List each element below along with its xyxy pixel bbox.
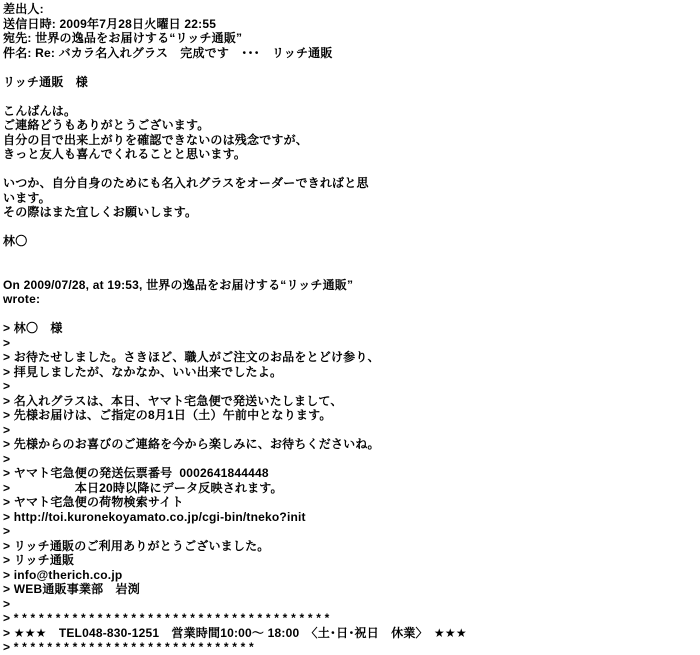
blank-line [3,249,700,264]
quoted-separator-line: > * * * * * * * * * * * * * * * * * * * … [3,611,700,626]
quoted-line: > 林〇 様 [3,321,700,336]
body-line: その際はまた宜しくお願いします。 [3,205,700,220]
quoted-line: > 拝見しましたが、なかなか、いい出来でしたよ。 [3,365,700,380]
header-sent-date-line: 送信日時: 2009年7月28日火曜日 22:55 [3,17,700,32]
greeting-recipient-line: リッチ通販 様 [3,75,700,90]
quoted-blank-line: > [3,452,700,467]
quote-attribution-line: wrote: [3,292,700,307]
quoted-department-line: > WEB通販事業部 岩渕 [3,582,700,597]
blank-line [3,263,700,278]
quoted-separator-line: > * * * * * * * * * * * * * * * * * * * … [3,640,700,655]
quoted-email-address-line: > info@therich.co.jp [3,568,700,583]
body-line: 自分の目で出来上がりを確認できないのは残念ですが、 [3,133,700,148]
quoted-tel-hours-line: > ★★★ TEL048-830-1251 営業時間10:00～ 18:00 〈… [3,626,700,641]
header-from-line: 差出人: [3,2,700,17]
quoted-line: > リッチ通販のご利用ありがとうございました。 [3,539,700,554]
quoted-line: > 名入れグラスは、本日、ヤマト宅急便で発送いたしまして、 [3,394,700,409]
blank-line [3,60,700,75]
blank-line [3,220,700,235]
header-subject-line: 件名: Re: バカラ名入れグラス 完成です ･･･ リッチ通販 [3,46,700,61]
quote-attribution-line: On 2009/07/28, at 19:53, 世界の逸品をお届けする“リッチ… [3,278,700,293]
quoted-blank-line: > [3,423,700,438]
quoted-line: > 本日20時以降にデータ反映されます。 [3,481,700,496]
email-message: 差出人: 送信日時: 2009年7月28日火曜日 22:55 宛先: 世界の逸品… [0,0,700,655]
blank-line [3,89,700,104]
quoted-shop-name-line: > リッチ通販 [3,553,700,568]
header-to-line: 宛先: 世界の逸品をお届けする“リッチ通販” [3,31,700,46]
body-line: いつか、自分自身のためにも名入れグラスをオーダーできればと思 [3,176,700,191]
blank-line [3,162,700,177]
body-line: こんばんは。 [3,104,700,119]
quoted-line: > 先様からのお喜びのご連絡を今から楽しみに、お待ちくださいね。 [3,437,700,452]
quoted-blank-line: > [3,336,700,351]
quoted-blank-line: > [3,379,700,394]
body-line: います。 [3,191,700,206]
body-line: きっと友人も喜んでくれることと思います。 [3,147,700,162]
blank-line [3,307,700,322]
body-line: ご連絡どうもありがとうございます。 [3,118,700,133]
quoted-tracking-url-line: > http://toi.kuronekoyamato.co.jp/cgi-bi… [3,510,700,525]
quoted-tracking-number-line: > ヤマト宅急便の発送伝票番号 0002641844448 [3,466,700,481]
quoted-line: > 先様お届けは、ご指定の8月1日（土）午前中となります。 [3,408,700,423]
quoted-line: > ヤマト宅急便の荷物検索サイト [3,495,700,510]
quoted-blank-line: > [3,597,700,612]
quoted-line: > お待たせしました。さきほど、職人がご注文のお品をとどけ参り、 [3,350,700,365]
quoted-blank-line: > [3,524,700,539]
sender-signature-line: 林〇 [3,234,700,249]
